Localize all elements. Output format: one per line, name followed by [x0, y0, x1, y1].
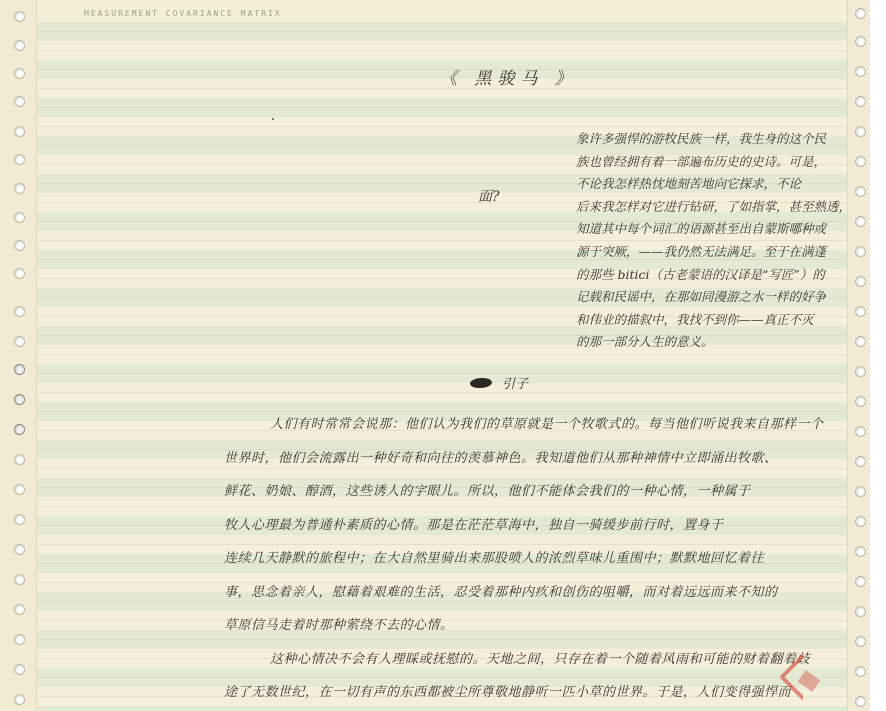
tractor-hole-icon: [14, 514, 25, 525]
tractor-hole-icon: [14, 11, 25, 22]
tractor-hole-icon: [14, 212, 25, 223]
tractor-hole-icon: [14, 574, 25, 585]
epigraph-line: 和伟业的描叙中，我找不到你——真正不灭: [576, 309, 831, 332]
tractor-hole-icon: [14, 544, 25, 555]
tractor-hole-icon: [855, 546, 866, 557]
tractor-hole-icon: [855, 486, 866, 497]
tractor-hole-icon: [855, 96, 866, 107]
epigraph-line: 的那些 bitici（古老蒙语的汉译是“写匠”）的: [576, 264, 831, 287]
tractor-hole-icon: [14, 484, 25, 495]
section-heading: 引子: [470, 373, 528, 392]
tractor-hole-icon: [855, 696, 866, 707]
tractor-hole-icon: [14, 183, 25, 194]
body-line: 人们有时常常会说那：他们认为我们的草原就是一个牧歌式的。每当他们听说我来自那样一…: [224, 408, 844, 442]
tractor-hole-icon: [855, 366, 866, 377]
tractor-hole-icon: [855, 516, 866, 527]
body-line: 世界时，他们会流露出一种好奇和向往的羡慕神色。我知道他们从那种神情中立即涌出牧歌…: [224, 442, 844, 476]
tractor-hole-icon: [14, 268, 25, 279]
tractor-hole-icon: [14, 240, 25, 251]
tractor-hole-icon: [855, 636, 866, 647]
tractor-hole-icon: [14, 604, 25, 615]
tractor-hole-icon: [14, 126, 25, 137]
tractor-hole-icon: [855, 276, 866, 287]
tractor-hole-icon: [14, 364, 25, 375]
tractor-hole-icon: [14, 664, 25, 675]
tractor-hole-icon: [14, 394, 25, 405]
tractor-hole-icon: [855, 456, 866, 467]
manuscript-sheet: MEASUREMENT COVARIANCE MATRIX 《 黑骏马 》 面?…: [0, 0, 870, 711]
tractor-hole-icon: [855, 66, 866, 77]
tractor-hole-icon: [855, 666, 866, 677]
tractor-hole-icon: [14, 40, 25, 51]
body-line: 途了无数世纪，在一切有声的东西都被尘所尊敬地静听一匹小草的世界。于是，人们变得强…: [224, 676, 844, 710]
epigraph-line: 后来我怎样对它进行钻研，了如指掌，甚至熟透，: [576, 196, 831, 219]
tractor-hole-icon: [14, 694, 25, 705]
ink-blot-icon: [470, 377, 493, 389]
epigraph-line: 族也曾经拥有着一部遍布历史的史诗。可是，: [576, 151, 831, 174]
tractor-hole-icon: [855, 8, 866, 19]
tractor-hole-icon: [14, 424, 25, 435]
body-line: 事，思念着亲人，慰藉着艰难的生活，忍受着那种内疚和创伤的咀嚼，而对着远远而来不知…: [224, 576, 844, 610]
epigraph-line: 记载和民谣中，在那如同漫游之水一样的好争: [576, 286, 831, 309]
body-line: 连续几天静默的旅程中；在大自然里骑出来那股喷人的浓烈草味儿重围中；默默地回忆着往: [224, 542, 844, 576]
epigraph: 象许多强悍的游牧民族一样，我生身的这个民 族也曾经拥有着一部遍布历史的史诗。可是…: [576, 128, 831, 354]
tractor-hole-icon: [855, 126, 866, 137]
tractor-hole-icon: [855, 306, 866, 317]
tractor-hole-icon: [855, 216, 866, 227]
epigraph-line: 不论我怎样热忱地刻苦地向它探求，不论: [576, 173, 831, 196]
tractor-hole-icon: [855, 36, 866, 47]
tractor-hole-icon: [855, 576, 866, 587]
epigraph-line: 象许多强悍的游牧民族一样，我生身的这个民: [576, 128, 831, 151]
tractor-hole-icon: [14, 68, 25, 79]
tractor-hole-icon: [14, 454, 25, 465]
body-line: 牧人心理最为普通朴素质的心情。那是在茫茫草海中，独自一骑缓步前行时，置身于: [224, 509, 844, 543]
printed-header: MEASUREMENT COVARIANCE MATRIX: [84, 9, 282, 18]
body-line: 鲜花、奶娘、醇酒，这些诱人的字眼儿。所以，他们不能体会我们的一种心情，一种属于: [224, 475, 844, 509]
tractor-hole-icon: [855, 606, 866, 617]
tractor-hole-icon: [855, 336, 866, 347]
margin-query-note: 面?: [478, 186, 500, 206]
tractor-hole-icon: [14, 306, 25, 317]
tractor-hole-icon: [855, 186, 866, 197]
epigraph-line: 的那一部分人生的意义。: [576, 331, 831, 354]
body-line: 草原信马走着时那种萦绕不去的心情。: [224, 609, 844, 643]
epigraph-line: 知道其中每个词汇的语源甚至出自蒙斯哪种或: [576, 218, 831, 241]
tractor-hole-icon: [855, 156, 866, 167]
tractor-hole-icon: [855, 246, 866, 257]
tractor-hole-icon: [14, 336, 25, 347]
body-line: 这种心情决不会有人理睬或抚慰的。天地之间，只存在着一个随着风雨和可能的财着翻着歧: [224, 643, 844, 677]
tractor-hole-icon: [14, 96, 25, 107]
section-label: 引子: [502, 373, 528, 392]
tractor-hole-icon: [855, 396, 866, 407]
epigraph-line: 源于突厥，——我仍然无法满足。至于在满蓬: [576, 241, 831, 264]
manuscript-title: 《 黑骏马 》: [440, 64, 578, 89]
tractor-hole-icon: [855, 426, 866, 437]
body-text: 人们有时常常会说那：他们认为我们的草原就是一个牧歌式的。每当他们听说我来自那样一…: [224, 408, 844, 710]
tractor-hole-icon: [14, 154, 25, 165]
ink-dot: [272, 118, 274, 120]
tractor-hole-icon: [14, 634, 25, 645]
